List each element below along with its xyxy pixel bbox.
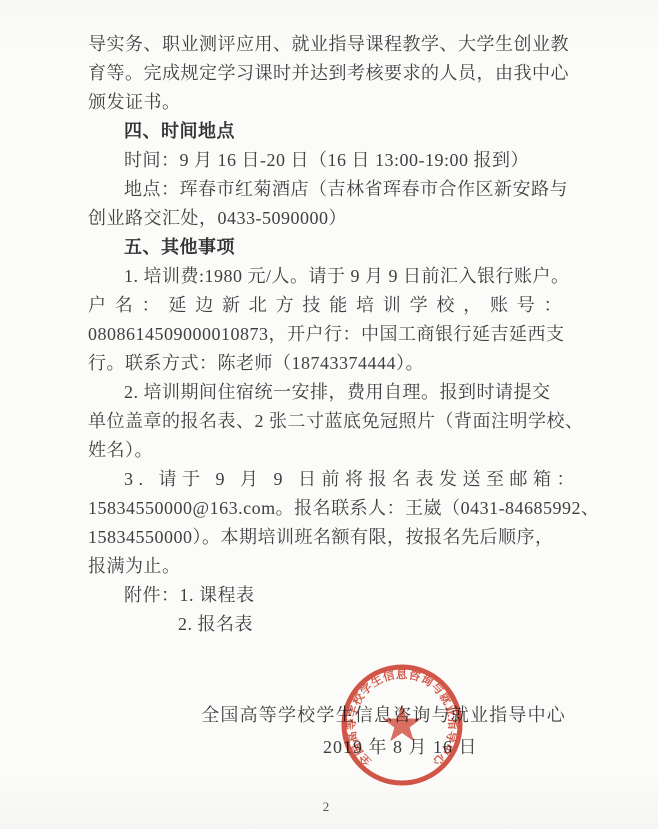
location-line: 地点：珲春市红菊酒店（吉林省珲春市合作区新安路与 <box>88 175 572 204</box>
document-page: 导实务、职业测评应用、就业指导课程教学、大学生创业教 育等。完成规定学习课时并达… <box>0 0 658 829</box>
body-line: 导实务、职业测评应用、就业指导课程教学、大学生创业教 <box>88 30 572 59</box>
body-line: 颁发证书。 <box>88 88 572 117</box>
email-line-2: 15834550000@163.com。报名联系人：王崴（0431-846859… <box>88 494 572 523</box>
time-line: 时间：9 月 16 日-20 日（16 日 13:00-19:00 报到） <box>88 146 572 175</box>
body-line: 育等。完成规定学习课时并达到考核要求的人员，由我中心 <box>88 59 572 88</box>
page-number: 2 <box>318 799 334 815</box>
lodging-line-2: 单位盖章的报名表、2 张二寸蓝底免冠照片（背面注明学校、 <box>88 407 572 436</box>
account-number-line: 0808614509000010873，开户行：中国工商银行延吉延西支 <box>88 320 572 349</box>
account-name-line: 户名：延边新北方技能培训学校，账号： <box>88 291 572 320</box>
signature-organization: 全国高等学校学生信息咨询与就业指导中心 <box>201 701 566 727</box>
section-heading-4: 四、时间地点 <box>88 117 572 146</box>
email-line: 3. 请于 9 月 9 日前将报名表发送至邮箱： <box>88 465 572 494</box>
contact-line: 行。联系方式：陈老师（18743374444）。 <box>88 349 572 378</box>
fee-line: 1. 培训费:1980 元/人。请于 9 月 9 日前汇入银行账户。 <box>88 262 572 291</box>
lodging-line: 2. 培训期间住宿统一安排，费用自理。报到时请提交 <box>88 378 572 407</box>
email-line-3: 15834550000）。本期培训班名额有限，按报名先后顺序， <box>88 523 572 552</box>
email-line-4: 报满为止。 <box>88 552 572 581</box>
attachment-line-2: 2. 报名表 <box>88 610 572 639</box>
lodging-line-3: 姓名）。 <box>88 436 572 465</box>
section-heading-5: 五、其他事项 <box>88 233 572 262</box>
signature-date: 2019 年 8 月 16 日 <box>323 733 478 759</box>
location-line-2: 创业路交汇处，0433-5090000） <box>88 204 572 233</box>
document-body: 导实务、职业测评应用、就业指导课程教学、大学生创业教 育等。完成规定学习课时并达… <box>88 30 572 639</box>
attachment-line-1: 附件：1. 课程表 <box>88 581 572 610</box>
